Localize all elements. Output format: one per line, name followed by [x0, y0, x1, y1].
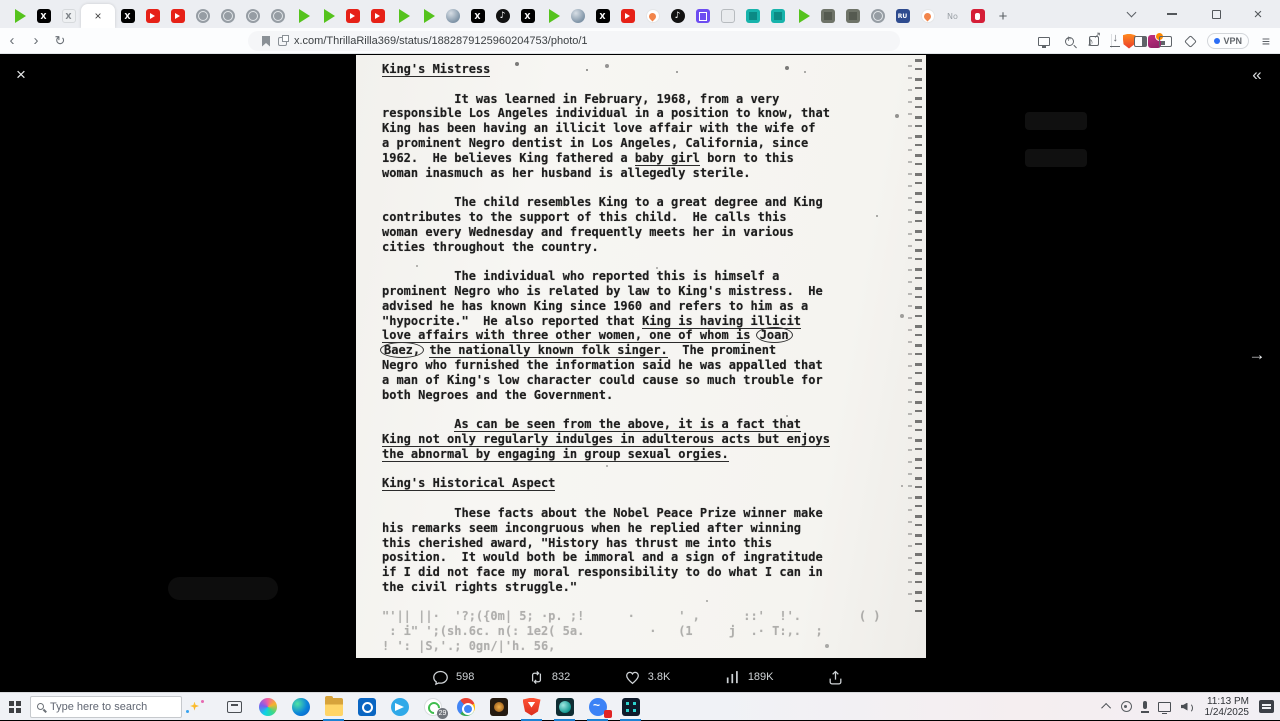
doc-line: The individual who reported this is hims…: [382, 269, 916, 284]
reply-icon: [432, 669, 449, 686]
doc-line: King has been having an illicit love aff…: [382, 121, 916, 136]
doc-line: As can be seen from the above, it is a f…: [382, 417, 916, 432]
volume-icon[interactable]: [1181, 701, 1195, 713]
copilot-icon: [259, 698, 277, 716]
doc-line: cities throughout the country.: [382, 240, 916, 255]
tab-globe[interactable]: [215, 4, 240, 28]
tab-darksq[interactable]: [815, 4, 840, 28]
tab-x-gray[interactable]: [56, 4, 81, 28]
yt-favicon: [171, 9, 185, 23]
windows-logo-icon: [9, 701, 21, 713]
tab-swirl[interactable]: [565, 4, 590, 28]
pin-favicon: [646, 9, 660, 23]
tab-ru[interactable]: [890, 4, 915, 28]
views-button[interactable]: 189K: [724, 669, 774, 686]
phone-favicon: [721, 9, 735, 23]
doc-paragraph: The child resembles King to a great degr…: [382, 195, 916, 254]
ru-favicon: [896, 9, 910, 23]
tab-x[interactable]: [515, 4, 540, 28]
darksq-favicon: [821, 9, 835, 23]
minimize-icon: [1167, 13, 1177, 15]
doc-line: responsible Los Angeles individual in a …: [382, 106, 916, 121]
downloads-icon[interactable]: [1109, 35, 1121, 47]
x-gray-favicon: [62, 9, 76, 23]
document-text: King's Mistress It was learned in Februa…: [356, 55, 926, 654]
doc-line: It was learned in February, 1968, from a…: [382, 92, 916, 107]
tab-x[interactable]: [31, 4, 56, 28]
doc-heading: King's Historical Aspect: [382, 476, 916, 491]
maximize-icon: [1212, 10, 1221, 19]
vpn-badge[interactable]: VPN: [1207, 33, 1249, 49]
tab-yt[interactable]: [165, 4, 190, 28]
doc-line: "hypocrite." He also reported that King …: [382, 314, 916, 329]
tab-no[interactable]: [940, 4, 965, 28]
x-favicon: [121, 9, 135, 23]
back-button[interactable]: ‹: [0, 33, 24, 48]
tab-yt[interactable]: [615, 4, 640, 28]
tab-play[interactable]: [315, 4, 340, 28]
play-favicon: [549, 9, 560, 23]
file-explorer-app[interactable]: [317, 693, 350, 721]
reply-count: 598: [456, 671, 474, 683]
x-favicon: [521, 9, 535, 23]
globe-favicon: [271, 9, 285, 23]
action-center-icon[interactable]: [1259, 700, 1274, 713]
outlook-icon: [358, 698, 376, 716]
search-highlights-button[interactable]: [182, 693, 208, 721]
tab-play[interactable]: [790, 4, 815, 28]
shield-icon: [523, 698, 541, 716]
music-player-icon[interactable]: ♪: [1082, 33, 1098, 49]
tray-expand-icon[interactable]: [1101, 703, 1111, 713]
tab-pin[interactable]: [640, 4, 665, 28]
telegram-app[interactable]: [383, 693, 416, 721]
copilot-app[interactable]: [251, 693, 284, 721]
doc-line: 1962. He believes King fathered a baby g…: [382, 151, 916, 166]
doc-line: King's Mistress: [382, 62, 916, 77]
doc-line: ! ': |S,'.; 0gn/|'h. 56,: [382, 639, 916, 654]
yt-favicon: [371, 9, 385, 23]
tabs-container: ×: [0, 0, 990, 28]
tab-play[interactable]: [6, 4, 31, 28]
tab-x[interactable]: [590, 4, 615, 28]
task-view-app[interactable]: [218, 693, 251, 721]
doc-line: the civil rights struggle.": [382, 580, 916, 595]
like-button[interactable]: 3.8K: [624, 669, 671, 686]
tab-yt[interactable]: [140, 4, 165, 28]
doc-heading: King's Mistress: [382, 62, 916, 77]
media-player-icon: [556, 698, 574, 716]
tab-play[interactable]: [390, 4, 415, 28]
tab-x[interactable]: [465, 4, 490, 28]
window-maximize-button[interactable]: [1196, 0, 1236, 28]
doc-line: These facts about the Nobel Peace Prize …: [382, 506, 916, 521]
doc-line: King not only regularly indulges in adul…: [382, 432, 916, 447]
outlook-app[interactable]: [350, 693, 383, 721]
forward-button[interactable]: ›: [24, 33, 48, 48]
whatsapp-app[interactable]: 29: [416, 693, 449, 721]
analytics-bars-icon: [724, 669, 741, 686]
tab-globe[interactable]: [190, 4, 215, 28]
scan-edge-artifacts: [915, 59, 922, 612]
zoom-icon[interactable]: [1065, 37, 1074, 46]
pin-favicon: [921, 9, 935, 23]
no-favicon: [946, 9, 960, 23]
yt-favicon: [621, 9, 635, 23]
emulator-icon: [622, 698, 640, 716]
reply-button[interactable]: 598: [432, 669, 474, 686]
doc-line: King's Historical Aspect: [382, 476, 916, 491]
doc-line: a man of King's low character could caus…: [382, 373, 916, 388]
browser-window: × + × ‹ › ↻ x.com/ThrillaRilla369/status…: [0, 0, 1280, 692]
game-app[interactable]: [482, 693, 515, 721]
tab-strip: × + ×: [0, 0, 1280, 28]
doc-line: this cherished award, "History has thrus…: [382, 536, 916, 551]
tab-globe[interactable]: [240, 4, 265, 28]
recording-badge: [604, 710, 612, 718]
file-explorer-icon: [325, 698, 343, 716]
play-favicon: [799, 9, 810, 23]
doc-line: : i" ';(sh.6c. n(: 1e2( 5a. · (1 j .· T:…: [382, 624, 916, 639]
tab-darksq[interactable]: [840, 4, 865, 28]
game-icon: [490, 698, 508, 716]
voice-app[interactable]: [581, 693, 614, 721]
repost-count: 832: [552, 671, 570, 683]
chevron-down-icon: [1126, 8, 1136, 18]
doc-line: his remarks seem incongruous when he rep…: [382, 521, 916, 536]
new-tab-button[interactable]: +: [990, 4, 1016, 28]
share-button[interactable]: [827, 669, 844, 686]
tab-tiktok[interactable]: [665, 4, 690, 28]
tab-teal[interactable]: [740, 4, 765, 28]
globe-favicon: [871, 9, 885, 23]
yt-favicon: [346, 9, 360, 23]
heart-icon: [624, 669, 641, 686]
tab-yt[interactable]: [340, 4, 365, 28]
lightbox-collapse-button[interactable]: «: [1242, 60, 1272, 90]
photo-lightbox: × « → King's Mistress It was learned in …: [0, 54, 1280, 692]
swirl-favicon: [571, 9, 585, 23]
microphone-icon[interactable]: [1142, 701, 1148, 713]
doc-paragraph: It was learned in February, 1968, from a…: [382, 92, 916, 181]
yt-favicon: [146, 9, 160, 23]
taskbar: 29 11:13 PM 1/24/2025: [0, 692, 1280, 720]
chrome-app[interactable]: [449, 693, 482, 721]
bookmark-icon[interactable]: [262, 36, 270, 47]
url-text[interactable]: x.com/ThrillaRilla369/status/18828791259…: [294, 35, 588, 47]
dimmed-overlay-pill: [168, 577, 278, 600]
globe-favicon: [221, 9, 235, 23]
network-icon[interactable]: [1158, 702, 1171, 712]
tab-play[interactable]: [415, 4, 440, 28]
sparkle-icon: [190, 702, 199, 711]
menu-icon[interactable]: ≡: [1258, 33, 1274, 49]
doc-line: both Negroes and the Government.: [382, 388, 916, 403]
doc-line: woman every Wednesday and frequently mee…: [382, 225, 916, 240]
search-icon: [37, 703, 44, 710]
sparkle-dot: [186, 710, 189, 713]
taskbar-apps: 29: [218, 693, 647, 721]
doc-line: The child resembles King to a great degr…: [382, 195, 916, 210]
globe-favicon: [246, 9, 260, 23]
scan-noise: [356, 55, 358, 57]
tab-search-dropdown-button[interactable]: [1114, 0, 1148, 28]
send-to-device-icon[interactable]: [1038, 37, 1050, 46]
doc-line: advised he has known King since 1960 and…: [382, 299, 916, 314]
scan-edge-artifacts: [908, 65, 912, 598]
engagement-bar: 598 832 3.8K 189K: [432, 666, 844, 688]
tab-pin[interactable]: [915, 4, 940, 28]
tiktok-favicon: [496, 9, 510, 23]
tab-phone[interactable]: [715, 4, 740, 28]
chrome-icon: [457, 698, 475, 716]
view-count: 189K: [748, 671, 774, 683]
tab-play[interactable]: [540, 4, 565, 28]
system-tray: 11:13 PM 1/24/2025: [1104, 693, 1280, 721]
window-close-button[interactable]: ×: [1236, 0, 1280, 28]
tab-swirl[interactable]: [440, 4, 465, 28]
tab-x[interactable]: [115, 4, 140, 28]
taskbar-search[interactable]: [30, 696, 182, 718]
clock-time: 11:13 PM: [1205, 696, 1250, 707]
globe-favicon: [196, 9, 210, 23]
x-favicon: [37, 9, 51, 23]
purple-favicon: [696, 9, 710, 23]
tab-yt[interactable]: [365, 4, 390, 28]
x-favicon: [596, 9, 610, 23]
site-info-icon[interactable]: [278, 37, 287, 46]
document-page[interactable]: King's Mistress It was learned in Februa…: [356, 55, 926, 658]
red-favicon: [971, 9, 985, 23]
tab-tiling-icon[interactable]: [1159, 36, 1172, 47]
darksq-favicon: [846, 9, 860, 23]
share-icon: [827, 669, 844, 686]
play-favicon: [324, 9, 335, 23]
doc-paragraph: As can be seen from the above, it is a f…: [382, 417, 916, 461]
vpn-label: VPN: [1223, 36, 1242, 46]
repost-icon: [528, 669, 545, 686]
tab-globe[interactable]: [865, 4, 890, 28]
doc-line: Baez, the nationally known folk singer. …: [382, 343, 916, 358]
play-favicon: [15, 9, 26, 23]
doc-paragraph: The individual who reported this is hims…: [382, 269, 916, 402]
easy-setup-icon[interactable]: [1184, 35, 1197, 48]
swirl-favicon: [446, 9, 460, 23]
dimmed-sidebar-element: [1025, 149, 1087, 167]
toolbar-browser-tools: ♪ VPN ≡: [1082, 28, 1274, 54]
doc-line: a prominent Negro dentist in Los Angeles…: [382, 136, 916, 151]
media-player-app[interactable]: [548, 693, 581, 721]
task-view-icon: [227, 701, 242, 713]
x-favicon: [471, 9, 485, 23]
doc-line: woman inasmuch as her husband is alleged…: [382, 166, 916, 181]
tab-play[interactable]: [290, 4, 315, 28]
vpn-status-dot: [1214, 38, 1220, 44]
notification-badge: 29: [437, 708, 448, 719]
doc-line: love affairs with three other women, one…: [382, 328, 916, 343]
tab-red[interactable]: [965, 4, 990, 28]
lightbox-close-button[interactable]: ×: [6, 60, 36, 90]
doc-paragraph: These facts about the Nobel Peace Prize …: [382, 506, 916, 595]
doc-line: Negro who furnished the information said…: [382, 358, 916, 373]
shield-app[interactable]: [515, 693, 548, 721]
taskbar-clock[interactable]: 11:13 PM 1/24/2025: [1205, 696, 1250, 718]
emulator-app[interactable]: [614, 693, 647, 721]
address-bar[interactable]: x.com/ThrillaRilla369/status/18828791259…: [248, 31, 900, 51]
doc-line: "'|| ||· '?;({0m| 5; ·p. ;! · ' , ::' !'…: [382, 609, 916, 624]
start-button[interactable]: [0, 693, 30, 721]
window-minimize-button[interactable]: [1152, 0, 1192, 28]
tab-tiktok[interactable]: [490, 4, 515, 28]
active-tab[interactable]: ×: [81, 4, 115, 28]
dimmed-sidebar-element: [1025, 112, 1087, 130]
search-input[interactable]: [50, 701, 175, 713]
teal-favicon: [746, 9, 760, 23]
play-favicon: [424, 9, 435, 23]
tab-globe[interactable]: [265, 4, 290, 28]
tab-teal[interactable]: [765, 4, 790, 28]
clock-date: 1/24/2025: [1205, 707, 1250, 718]
doc-line: position. It would both be immoral and a…: [382, 550, 916, 565]
play-favicon: [299, 9, 310, 23]
browser-toolbar: ‹ › ↻ x.com/ThrillaRilla369/status/18828…: [0, 28, 1280, 54]
tab-purple[interactable]: [690, 4, 715, 28]
telegram-icon: [391, 698, 409, 716]
doc-line: the abnormal by engaging in group sexual…: [382, 447, 916, 462]
doc-line: prominent Negro who is related by law to…: [382, 284, 916, 299]
tiktok-favicon: [671, 9, 685, 23]
edge-app[interactable]: [284, 693, 317, 721]
lightbox-next-image-button[interactable]: →: [1242, 340, 1272, 370]
doc-line: if I did not face my moral responsibilit…: [382, 565, 916, 580]
sparkle-dot: [201, 700, 204, 703]
play-favicon: [399, 9, 410, 23]
sidebar-panel-icon[interactable]: [1134, 36, 1147, 47]
edge-icon: [292, 698, 310, 716]
reload-button[interactable]: ↻: [48, 34, 72, 47]
tray-app-icon[interactable]: [1121, 701, 1132, 712]
doc-line: contributes to the support of this child…: [382, 210, 916, 225]
tab-close-icon[interactable]: ×: [94, 10, 101, 22]
repost-button[interactable]: 832: [528, 669, 570, 686]
teal-favicon: [771, 9, 785, 23]
like-count: 3.8K: [648, 671, 671, 683]
doc-faded-text: "'|| ||· '?;({0m| 5; ·p. ;! · ' , ::' !'…: [382, 609, 916, 653]
